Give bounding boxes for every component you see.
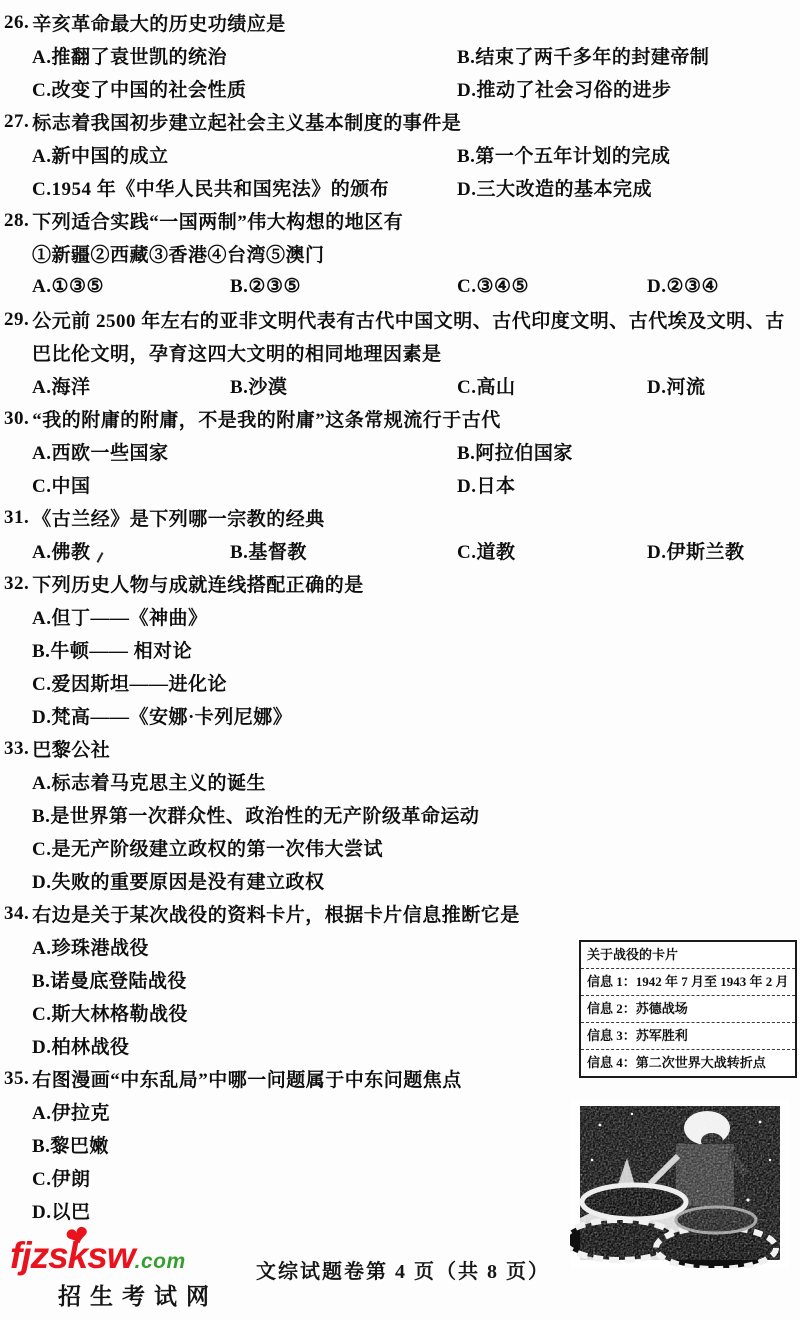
option-32-b: B.牛顿—— 相对论 xyxy=(32,636,192,663)
question-stem-text: 辛亥革命最大的历史功绩应是 xyxy=(32,9,286,36)
question-stem-line2: 巴比伦文明，孕育这四大文明的相同地理因素是 xyxy=(0,336,800,369)
question-stem-text: 右图漫画“中东乱局”中哪一问题属于中东问题焦点 xyxy=(32,1065,462,1092)
option-29-c: C.高山 xyxy=(457,372,647,399)
question-stem: 34.右边是关于某次战役的资料卡片，根据卡片信息推断它是 xyxy=(0,897,800,930)
option-28-b: B.②③⑤ xyxy=(230,275,457,298)
question-number: 30. xyxy=(4,408,29,430)
watermark-subtitle: 招生考试网 xyxy=(58,1278,230,1311)
option-28-d: D.②③④ xyxy=(647,275,800,298)
battle-info-card: 关于战役的卡片 信息 1：1942 年 7 月至 1943 年 2 月 信息 2… xyxy=(579,940,797,1078)
option-28-a: A.①③⑤ xyxy=(32,275,230,298)
question-27: 27.标志着我国初步建立起社会主义基本制度的事件是 A.新中国的成立 B.第一个… xyxy=(0,105,800,204)
option-33-d: D.失败的重要原因是没有建立政权 xyxy=(32,867,324,894)
card-row-3: 信息 3：苏军胜利 xyxy=(581,1022,795,1049)
option-34-c: C.斯大林格勒战役 xyxy=(32,999,188,1026)
option-26-a: A.推翻了袁世凯的统治 xyxy=(32,42,457,69)
option-32-a: A.但丁——《神曲》 xyxy=(32,603,207,630)
question-number: 35. xyxy=(4,1068,29,1090)
option-30-c: C.中国 xyxy=(32,471,457,498)
question-stem-text: 右边是关于某次战役的资料卡片，根据卡片信息推断它是 xyxy=(32,900,520,927)
question-number: 26. xyxy=(4,12,29,34)
option-26-b: B.结束了两千多年的封建帝制 xyxy=(457,42,800,69)
question-26: 26.辛亥革命最大的历史功绩应是 A.推翻了袁世凯的统治 B.结束了两千多年的封… xyxy=(0,6,800,105)
question-stem-text: 《古兰经》是下列哪一宗教的经典 xyxy=(32,504,325,531)
footer: ❤ fjzsksw.com 招生考试网 文综试题卷第 4 页（共 8 页） xyxy=(0,1227,800,1320)
question-stem-text: 巴黎公社 xyxy=(32,735,110,762)
question-30: 30.“我的附庸的附庸，不是我的附庸”这条常规流行于古代 A.西欧一些国家 B.… xyxy=(0,402,800,501)
question-number: 32. xyxy=(4,573,29,595)
question-29: 29.公元前 2500 年左右的亚非文明代表有古代中国文明、古代印度文明、古代埃… xyxy=(0,303,800,402)
question-stem-text: 下列历史人物与成就连线搭配正确的是 xyxy=(32,570,364,597)
question-number: 28. xyxy=(4,210,29,232)
question-stem: 33.巴黎公社 xyxy=(0,732,800,765)
question-number: 33. xyxy=(4,738,29,760)
site-watermark: ❤ fjzsksw.com 招生考试网 xyxy=(10,1239,230,1311)
card-title: 关于战役的卡片 xyxy=(581,942,795,968)
question-number: 34. xyxy=(4,903,29,925)
question-number: 29. xyxy=(4,309,29,331)
option-34-b: B.诺曼底登陆战役 xyxy=(32,966,187,993)
option-35-a: A.伊拉克 xyxy=(32,1098,110,1125)
option-32-c: C.爱因斯坦——进化论 xyxy=(32,669,227,696)
question-34: 34.右边是关于某次战役的资料卡片，根据卡片信息推断它是 A.珍珠港战役 B.诺… xyxy=(0,897,800,1062)
option-26-c: C.改变了中国的社会性质 xyxy=(32,75,457,102)
question-stem-line2: ①新疆②西藏③香港④台湾⑤澳门 xyxy=(0,237,800,270)
question-stem-text: 公元前 2500 年左右的亚非文明代表有古代中国文明、古代印度文明、古代埃及文明… xyxy=(32,306,785,333)
option-35-b: B.黎巴嫩 xyxy=(32,1131,109,1158)
question-stem: 27.标志着我国初步建立起社会主义基本制度的事件是 xyxy=(0,105,800,138)
question-stem-text: “我的附庸的附庸，不是我的附庸”这条常规流行于古代 xyxy=(32,405,501,432)
option-30-b: B.阿拉伯国家 xyxy=(457,438,800,465)
option-32-d: D.梵高——《安娜·卡列尼娜》 xyxy=(32,702,292,729)
option-34-a: A.珍珠港战役 xyxy=(32,933,149,960)
question-stem: 30.“我的附庸的附庸，不是我的附庸”这条常规流行于古代 xyxy=(0,402,800,435)
watermark-tld: .com xyxy=(135,1250,186,1273)
option-33-b: B.是世界第一次群众性、政治性的无产阶级革命运动 xyxy=(32,801,479,828)
option-29-d: D.河流 xyxy=(647,372,800,399)
option-30-d: D.日本 xyxy=(457,471,800,498)
option-33-a: A.标志着马克思主义的诞生 xyxy=(32,768,266,795)
option-26-d: D.推动了社会习俗的进步 xyxy=(457,75,800,102)
option-31-b: B.基督教 xyxy=(230,537,457,564)
option-31-c: C.道教 xyxy=(457,537,647,564)
option-27-c: C.1954 年《中华人民共和国宪法》的颁布 xyxy=(32,174,457,201)
question-stem: 29.公元前 2500 年左右的亚非文明代表有古代中国文明、古代印度文明、古代埃… xyxy=(0,303,800,336)
numbered-items: ①新疆②西藏③香港④台湾⑤澳门 xyxy=(32,240,325,267)
option-31-a: A.佛教 xyxy=(32,537,230,564)
question-stem: 26.辛亥革命最大的历史功绩应是 xyxy=(0,6,800,39)
option-28-c: C.③④⑤ xyxy=(457,275,647,298)
page-number-footer: 文综试题卷第 4 页（共 8 页） xyxy=(256,1255,550,1284)
question-stem-text: 标志着我国初步建立起社会主义基本制度的事件是 xyxy=(32,108,461,135)
card-row-2: 信息 2：苏德战场 xyxy=(581,995,795,1022)
question-32: 32.下列历史人物与成就连线搭配正确的是 A.但丁——《神曲》 B.牛顿—— 相… xyxy=(0,567,800,732)
question-number: 31. xyxy=(4,507,29,529)
option-31-d: D.伊斯兰教 xyxy=(647,537,800,564)
question-number: 27. xyxy=(4,111,29,133)
question-33: 33.巴黎公社 A.标志着马克思主义的诞生 B.是世界第一次群众性、政治性的无产… xyxy=(0,732,800,897)
exam-page: 26.辛亥革命最大的历史功绩应是 A.推翻了袁世凯的统治 B.结束了两千多年的封… xyxy=(0,0,800,1320)
question-31: 31.《古兰经》是下列哪一宗教的经典 A.佛教 B.基督教 C.道教 D.伊斯兰… xyxy=(0,501,800,567)
option-29-a: A.海洋 xyxy=(32,372,230,399)
question-stem: 32.下列历史人物与成就连线搭配正确的是 xyxy=(0,567,800,600)
option-29-b: B.沙漠 xyxy=(230,372,457,399)
option-34-d: D.柏林战役 xyxy=(32,1032,129,1059)
question-stem: 28.下列适合实践“一国两制”伟大构想的地区有 xyxy=(0,204,800,237)
option-27-d: D.三大改造的基本完成 xyxy=(457,174,800,201)
question-stem-text-2: 巴比伦文明，孕育这四大文明的相同地理因素是 xyxy=(32,339,442,366)
question-stem: 35.右图漫画“中东乱局”中哪一问题属于中东问题焦点 xyxy=(0,1062,800,1095)
question-35: 35.右图漫画“中东乱局”中哪一问题属于中东问题焦点 A.伊拉克 B.黎巴嫩 C… xyxy=(0,1062,800,1227)
option-35-c: C.伊朗 xyxy=(32,1164,90,1191)
option-30-a: A.西欧一些国家 xyxy=(32,438,457,465)
option-33-c: C.是无产阶级建立政权的第一次伟大尝试 xyxy=(32,834,383,861)
card-row-1: 信息 1：1942 年 7 月至 1943 年 2 月 xyxy=(581,968,795,995)
question-28: 28.下列适合实践“一国两制”伟大构想的地区有 ①新疆②西藏③香港④台湾⑤澳门 … xyxy=(0,204,800,303)
option-27-a: A.新中国的成立 xyxy=(32,141,457,168)
question-stem: 31.《古兰经》是下列哪一宗教的经典 xyxy=(0,501,800,534)
question-stem-text: 下列适合实践“一国两制”伟大构想的地区有 xyxy=(32,207,403,234)
option-27-b: B.第一个五年计划的完成 xyxy=(457,141,800,168)
